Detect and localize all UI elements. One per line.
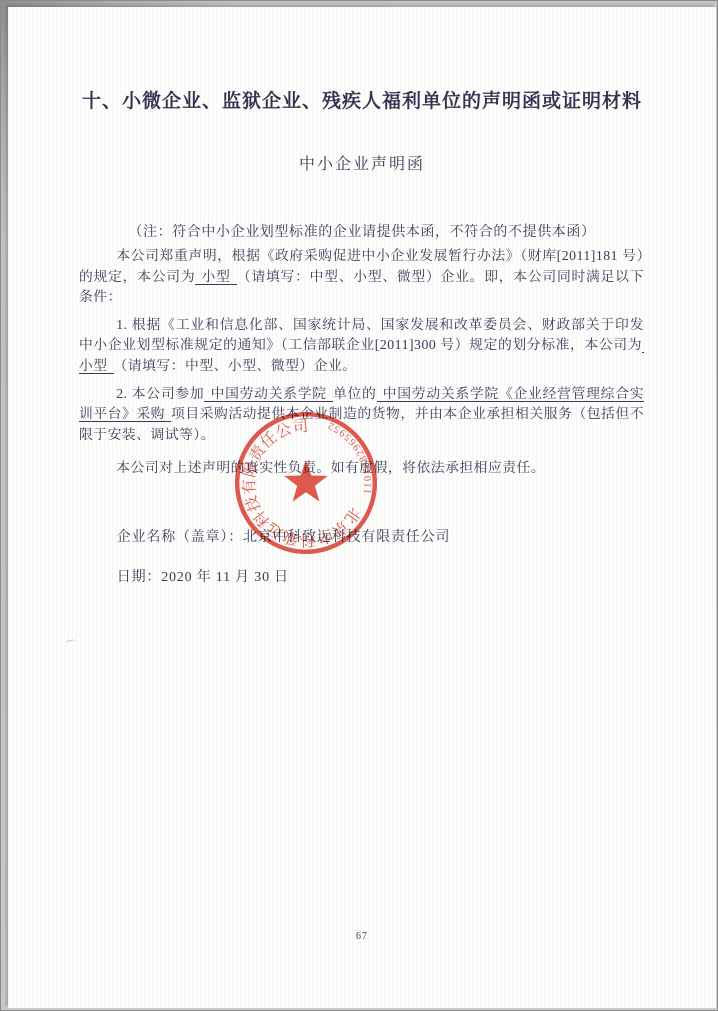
underlined-fill-in: 小型 [195, 269, 237, 285]
paragraph: 1. 根据《工业和信息化部、国家统计局、国家发展和改革委员会、财政部关于印发中小… [79, 315, 644, 377]
stray-pen-mark [66, 639, 76, 646]
paragraph: 本公司对上述声明的真实性负责。如有虚假，将依法承担相应责任。 [79, 458, 644, 479]
paragraph: 本公司郑重声明，根据《政府采购促进中小企业发展暂行办法》（财库[2011]181… [79, 246, 644, 308]
text-segment: （请填写：中型、小型、微型）企业。 [114, 358, 357, 373]
section-title: 十、小微企业、监狱企业、残疾人福利单位的声明函或证明材料 [8, 86, 716, 113]
text-segment: 1. 根据《工业和信息化部、国家统计局、国家发展和改革委员会、财政部关于印发中小… [79, 317, 644, 353]
text-segment: 2. 本公司参加 [116, 386, 204, 401]
text-segment: 本公司对上述声明的真实性负责。如有虚假，将依法承担相应责任。 [116, 460, 545, 475]
paragraph: 2. 本公司参加 中国劳动关系学院 单位的 中国劳动关系学院《企业经营管理综合实… [79, 384, 644, 446]
note-line: （注：符合中小企业划型标准的企业请提供本函，不符合的不提供本函） [8, 221, 716, 241]
doc-title: 中小企业声明函 [8, 151, 716, 174]
signature-date-line: 日期：2020 年 11 月 30 日 [79, 566, 289, 586]
text-segment: 单位的 [333, 386, 377, 401]
declaration-paragraphs: 本公司郑重声明，根据《政府采购促进中小企业发展暂行办法》（财库[2011]181… [79, 246, 644, 486]
underlined-fill-in: 中国劳动关系学院 [204, 386, 333, 402]
document-sheet: 十、小微企业、监狱企业、残疾人福利单位的声明函或证明材料 中小企业声明函 （注：… [8, 7, 716, 1008]
page-number: 67 [8, 931, 716, 942]
signature-company-line: 企业名称（盖章）：北京中科致远科技有限责任公司 [79, 526, 450, 546]
